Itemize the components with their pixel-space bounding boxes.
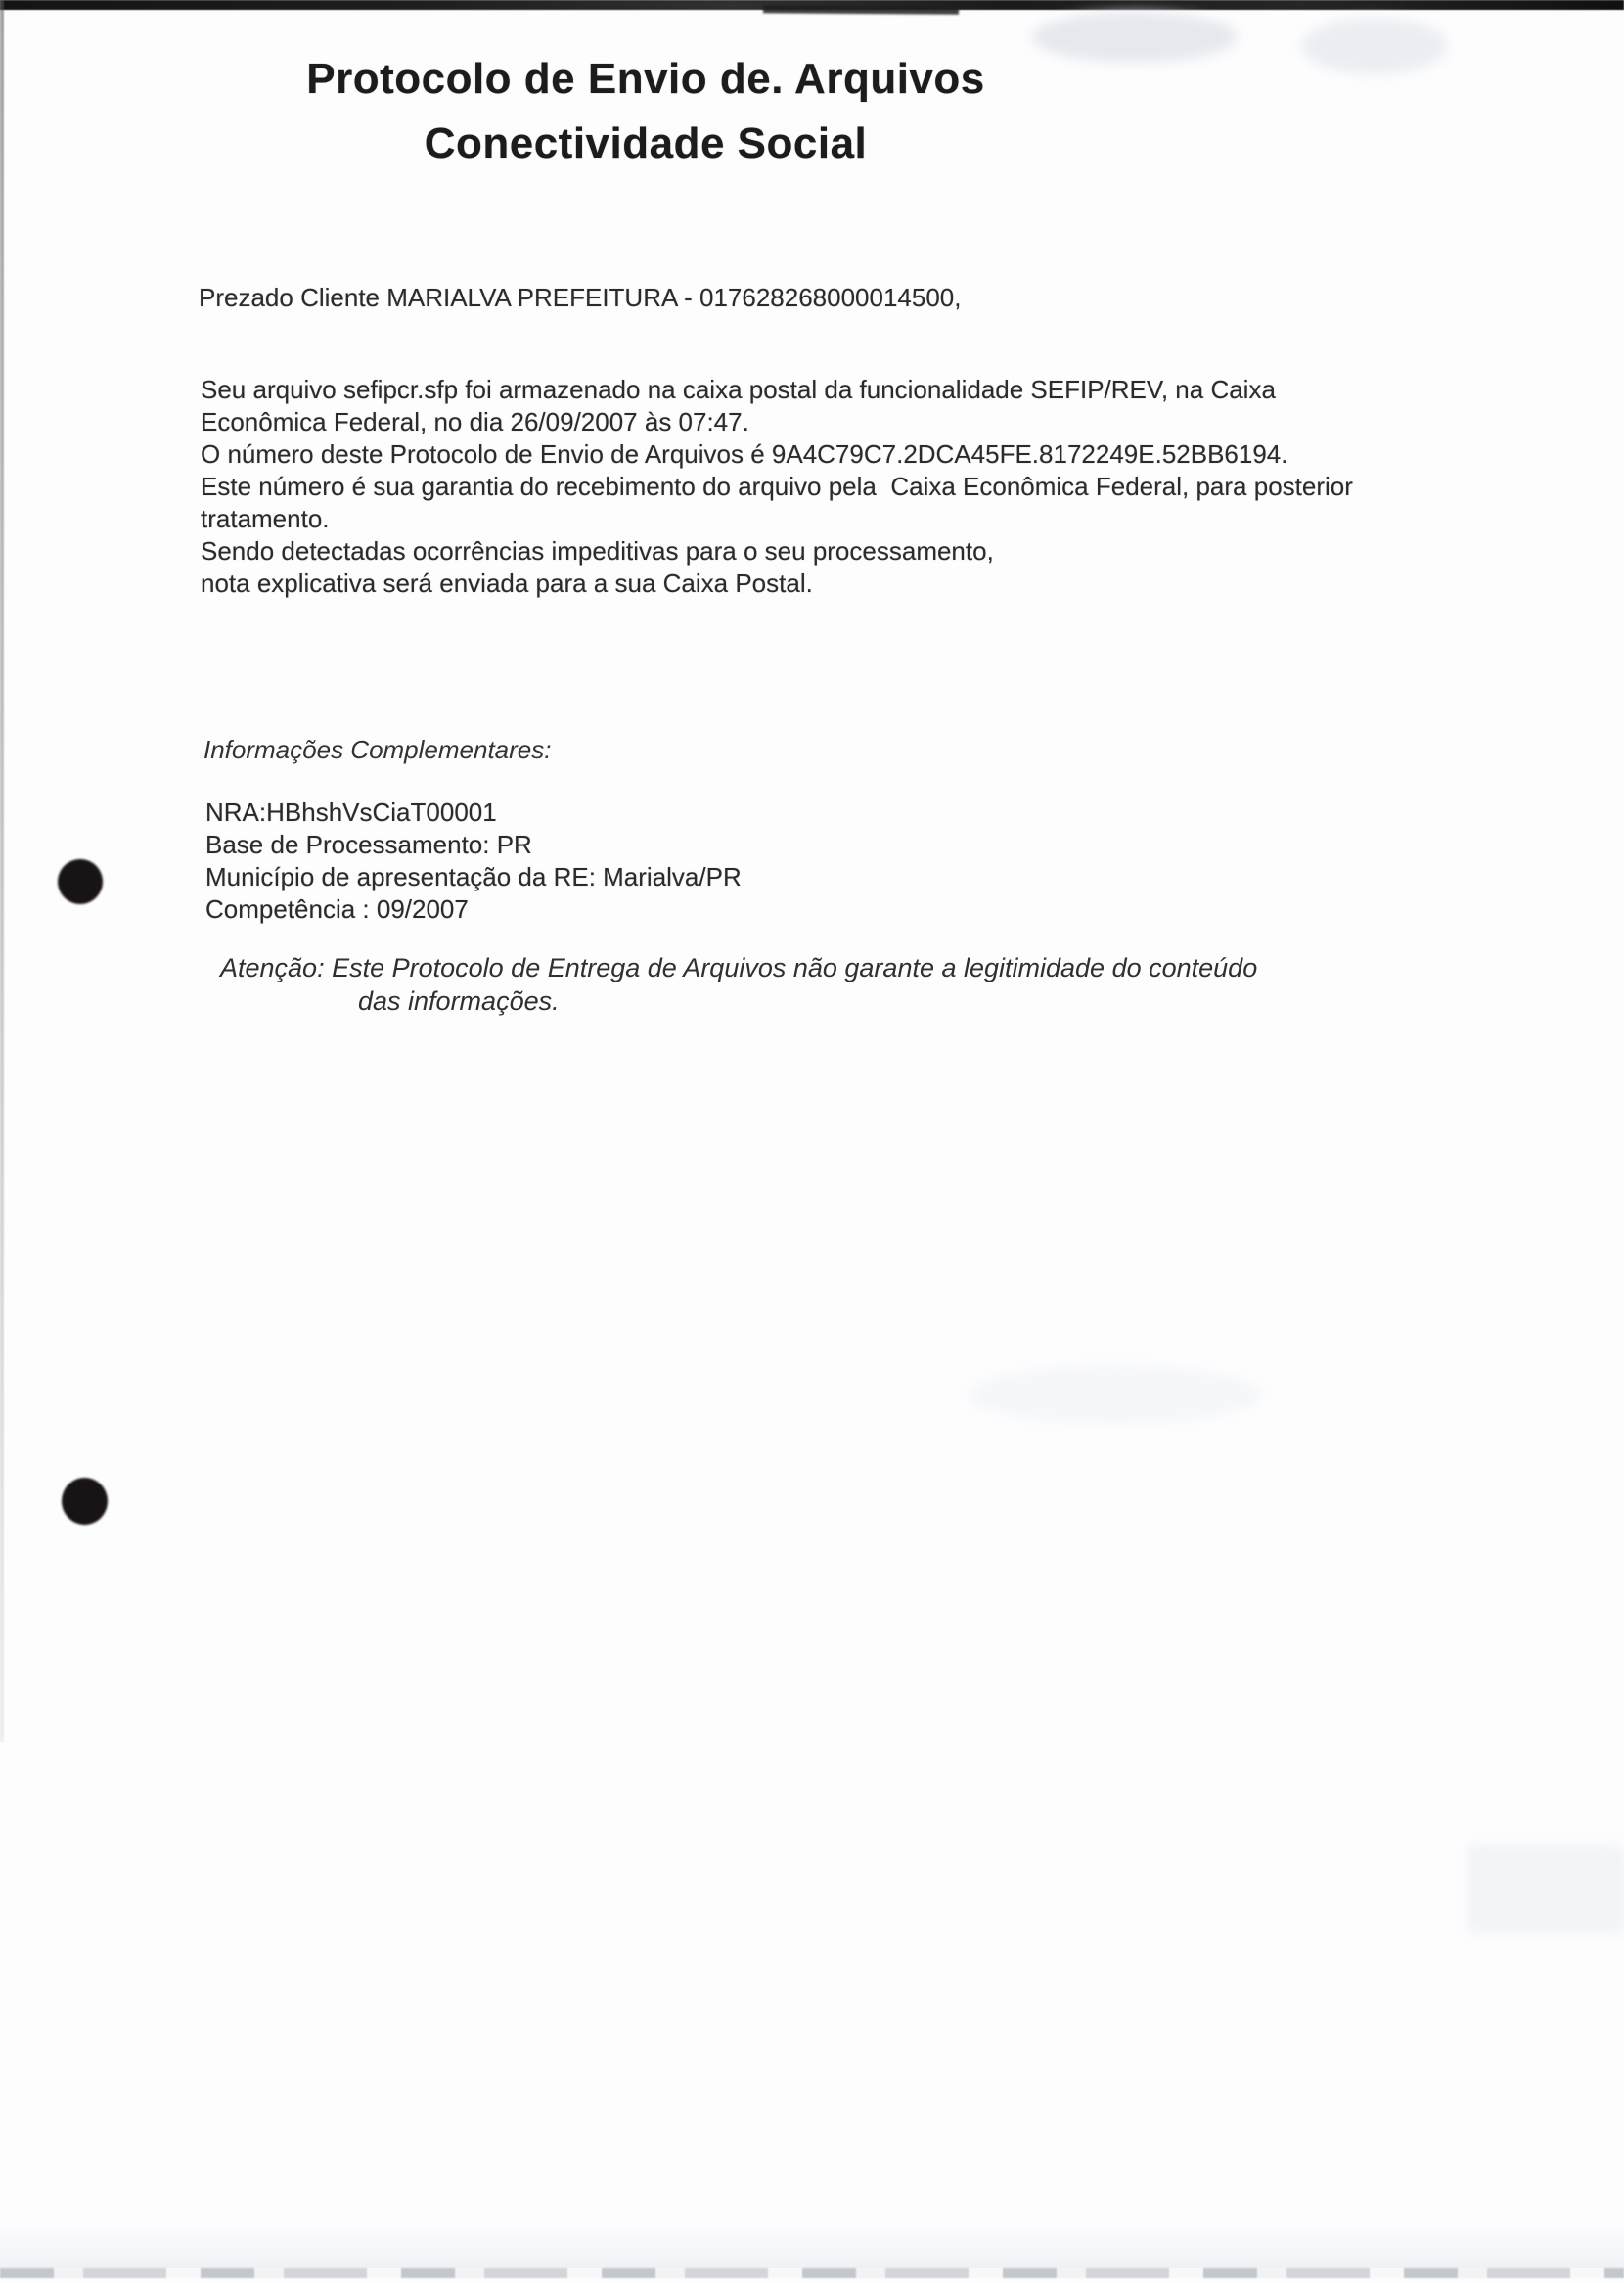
body-line: tratamento. (201, 503, 1353, 535)
complementary-details: NRA:HBhshVsCiaT00001 Base de Processamen… (205, 797, 742, 926)
scan-smudge (1467, 1845, 1624, 1933)
scan-edge-top-bump (763, 5, 959, 14)
body-line: Econômica Federal, no dia 26/09/2007 às … (201, 406, 1353, 438)
scan-edge-left (0, 0, 4, 1742)
body-paragraph: Seu arquivo sefipcr.sfp foi armazenado n… (201, 374, 1353, 600)
detail-line-base: Base de Processamento: PR (205, 829, 742, 861)
scan-edge-bottom (0, 2268, 1624, 2278)
attention-note-line2: das informações. (358, 986, 560, 1017)
document-title: Protocolo de Envio de. Arquivos (0, 47, 1291, 112)
hole-punch-mark (58, 859, 103, 904)
scan-smudge (1301, 18, 1448, 74)
greeting-line: Prezado Cliente MARIALVA PREFEITURA - 01… (199, 283, 962, 313)
body-line: nota explicativa será enviada para a sua… (201, 568, 1353, 600)
body-line: Este número é sua garantia do recebiment… (201, 471, 1353, 503)
scan-bottom-haze (0, 2221, 1624, 2268)
scan-smudge (969, 1365, 1262, 1424)
complementary-info-heading: Informações Complementares: (203, 735, 551, 765)
detail-line-competencia: Competência : 09/2007 (205, 893, 742, 926)
detail-line-municipio: Município de apresentação da RE: Marialv… (205, 861, 742, 893)
body-line: O número deste Protocolo de Envio de Arq… (201, 438, 1353, 471)
body-line: Seu arquivo sefipcr.sfp foi armazenado n… (201, 374, 1353, 406)
scanned-document-page: Protocolo de Envio de. Arquivos Conectiv… (0, 0, 1624, 2283)
document-subtitle: Conectividade Social (0, 112, 1291, 176)
document-title-block: Protocolo de Envio de. Arquivos Conectiv… (0, 47, 1291, 176)
detail-line-nra: NRA:HBhshVsCiaT00001 (205, 797, 742, 829)
body-line: Sendo detectadas ocorrências impeditivas… (201, 535, 1353, 568)
attention-note-line1: Atenção: Este Protocolo de Entrega de Ar… (220, 953, 1257, 983)
hole-punch-mark (62, 1478, 108, 1525)
